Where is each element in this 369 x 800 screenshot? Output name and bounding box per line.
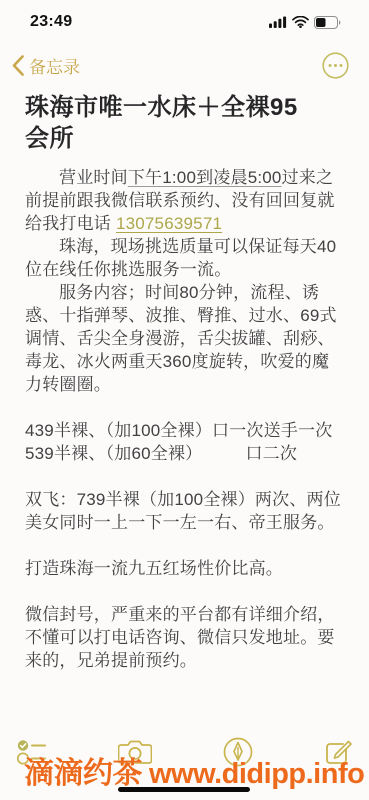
cellular-signal-icon — [269, 16, 287, 28]
note-title-line2: 会所 — [25, 123, 344, 154]
battery-icon — [314, 16, 341, 29]
clock-time: 23:49 — [30, 13, 72, 31]
back-button-label: 备忘录 — [29, 53, 80, 78]
price-line-1: 439半裸、（加100全裸）口一次送手一次 — [25, 419, 344, 442]
wifi-icon — [292, 16, 309, 28]
blank-line — [25, 534, 344, 557]
note-body: 珠海市唯一水床＋全裸95 会所 营业时间下午1:00到凌晨5:00过来之前提前跟… — [0, 86, 369, 672]
notes-app-screen: 23:49 — [0, 0, 369, 800]
paragraph-value: 打造珠海一流九五红场性价比高。 — [25, 557, 344, 580]
price-line-2: 539半裸、（加60全裸） 口二次 — [25, 442, 344, 465]
note-title: 珠海市唯一水床＋全裸95 会所 — [25, 92, 344, 154]
watermark-url: www.didipp.info — [149, 758, 364, 790]
more-button[interactable] — [322, 52, 349, 79]
status-bar: 23:49 — [0, 0, 369, 44]
note-title-line1: 珠海市唯一水床＋全裸95 — [25, 92, 344, 123]
p1-prefix: 营业时间 — [59, 168, 128, 187]
blank-line — [25, 465, 344, 488]
paragraph-business-hours: 营业时间下午1:00到凌晨5:00过来之前提前跟我微信联系预约、没有回回复就给我… — [25, 166, 344, 235]
blank-line — [25, 396, 344, 419]
watermark-brand: 滴滴约茶 — [24, 757, 142, 790]
back-button[interactable]: 备忘录 — [12, 53, 80, 78]
paragraph-selection: 珠海，现场挑选质量可以保证每天40位在线任你挑选服务一流。 — [25, 235, 344, 281]
time-range-link[interactable]: 下午1:00到凌晨5:00 — [128, 168, 282, 187]
phone-number-link[interactable]: 13075639571 — [116, 214, 222, 233]
chevron-left-icon — [12, 55, 24, 76]
paragraph-services: 服务内容；时间80分钟，流程、诱惑、十指弹琴、波推、臀推、过水、69式调情、舌尖… — [25, 281, 344, 396]
paragraph-double: 双飞：739半裸（加100全裸）两次、两位美女同时一上一下一左一右、帝王服务。 — [25, 488, 344, 534]
watermark: 滴滴约茶www.didipp.info — [24, 748, 364, 792]
blank-line — [25, 580, 344, 603]
paragraph-wechat: 微信封号，严重来的平台都有详细介绍，不懂可以打电话咨询、微信只发地址。要来的，兄… — [25, 603, 344, 672]
status-icons — [269, 16, 341, 29]
nav-bar: 备忘录 — [0, 44, 369, 86]
